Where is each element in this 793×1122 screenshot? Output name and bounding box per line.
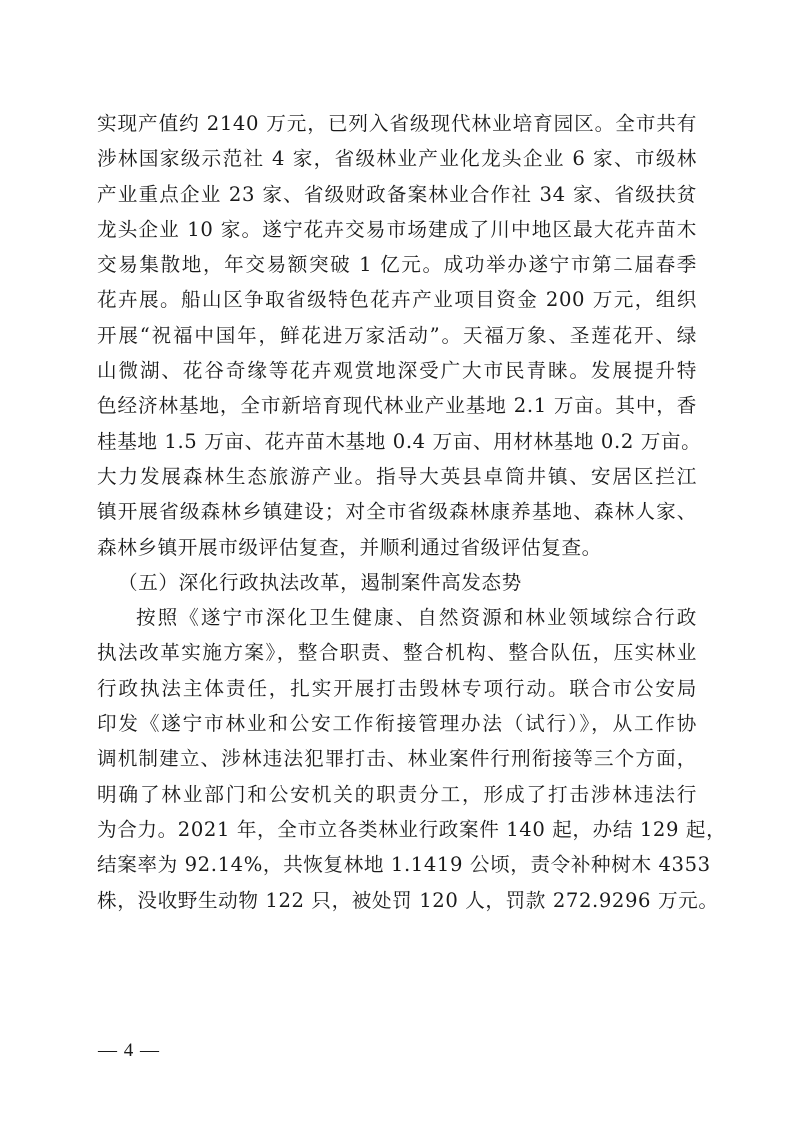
text-line: 桂基地 1.5 万亩、花卉苗木基地 0.4 万亩、用材林基地 0.2 万亩。: [97, 424, 697, 459]
text-line: 龙头企业 10 家。遂宁花卉交易市场建成了川中地区最大花卉苗木: [97, 212, 697, 247]
text-line: 森林乡镇开展市级评估复查，并顺利通过省级评估复查。: [97, 530, 697, 565]
text-line: 调机制建立、涉林违法犯罪打击、林业案件行刑衔接等三个方面，: [97, 741, 697, 776]
text-line: 镇开展省级森林乡镇建设；对全市省级森林康养基地、森林人家、: [97, 494, 697, 529]
text-line: 按照《遂宁市深化卫生健康、自然资源和林业领域综合行政: [97, 600, 697, 635]
text-line: 山微湖、花谷奇缘等花卉观赏地深受广大市民青睐。发展提升特: [97, 353, 697, 388]
document-page: 实现产值约 2140 万元，已列入省级现代林业培育园区。全市共有 涉林国家级示范…: [97, 106, 697, 918]
text-line: 为合力。2021 年，全市立各类林业行政案件 140 起，办结 129 起，: [97, 812, 697, 847]
text-line: 大力发展森林生态旅游产业。指导大英县卓筒井镇、安居区拦江: [97, 459, 697, 494]
text-line: 产业重点企业 23 家、省级财政备案林业合作社 34 家、省级扶贫: [97, 177, 697, 212]
paragraph-enforcement: 按照《遂宁市深化卫生健康、自然资源和林业领域综合行政 执法改革实施方案》，整合职…: [97, 600, 697, 918]
text-line: 株，没收野生动物 122 只，被处罚 120 人，罚款 272.9296 万元。: [97, 883, 697, 918]
paragraph-industry: 实现产值约 2140 万元，已列入省级现代林业培育园区。全市共有 涉林国家级示范…: [97, 106, 697, 565]
text-line: 开展“祝福中国年，鲜花进万家活动”。天福万象、圣莲花开、绿: [97, 318, 697, 353]
text-line: 结案率为 92.14%，共恢复林地 1.1419 公顷，责令补种树木 4353: [97, 847, 697, 882]
page-number: — 4 —: [98, 1040, 160, 1062]
text-line: 交易集散地，年交易额突破 1 亿元。成功举办遂宁市第二届春季: [97, 247, 697, 282]
text-line: 涉林国家级示范社 4 家，省级林业产业化龙头企业 6 家、市级林: [97, 141, 697, 176]
text-line: 实现产值约 2140 万元，已列入省级现代林业培育园区。全市共有: [97, 106, 697, 141]
section-heading: （五）深化行政执法改革，遏制案件高发态势: [97, 565, 697, 600]
text-line: 执法改革实施方案》，整合职责、整合机构、整合队伍，压实林业: [97, 635, 697, 670]
text-line: 色经济林基地，全市新培育现代林业产业基地 2.1 万亩。其中，香: [97, 388, 697, 423]
text-line: 行政执法主体责任，扎实开展打击毁林专项行动。联合市公安局: [97, 671, 697, 706]
text-line: 印发《遂宁市林业和公安工作衔接管理办法（试行）》，从工作协: [97, 706, 697, 741]
text-line: 明确了林业部门和公安机关的职责分工，形成了打击涉林违法行: [97, 777, 697, 812]
text-line: 花卉展。船山区争取省级特色花卉产业项目资金 200 万元，组织: [97, 282, 697, 317]
